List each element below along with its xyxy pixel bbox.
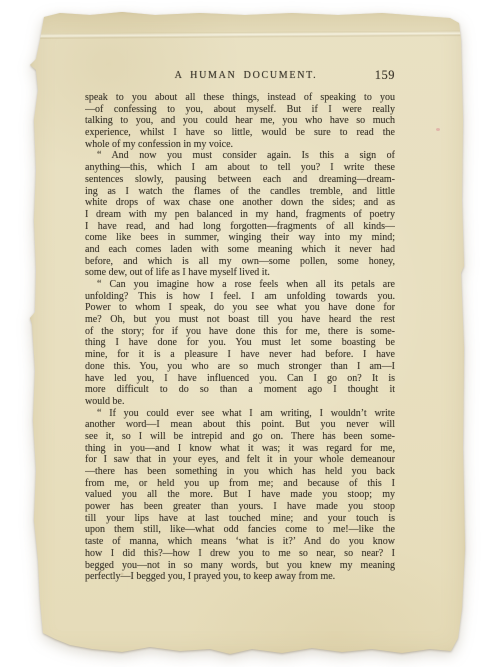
scan-background: A HUMAN DOCUMENT. 159 speak to you about… [0,0,500,667]
text-line: I dream with my pen balanced in my hand,… [85,209,395,221]
text-line: taste of manna, which means ‘what is it?… [85,536,395,548]
text-line: would be. [85,396,395,408]
text-line: valued you all the more. But I have made… [85,489,395,501]
text-line: have led you, I have influenced you. Can… [85,373,395,385]
text-line: —there has been something in you which h… [85,466,395,478]
paper-stain [436,128,440,131]
text-line: ing as I watch the flames of the candles… [85,186,395,198]
paragraph: speak to you about all these things, ins… [85,92,395,150]
text-line: thing in you—and I know what it was; it … [85,443,395,455]
text-line: Power to whom I speak, do you see what y… [85,302,395,314]
text-line: perfectly—I begged you, I prayed you, to… [85,571,395,583]
text-line: sentences slowly, pausing between each a… [85,174,395,186]
text-line: unfolding? This is how I feel. I am unfo… [85,291,395,303]
text-line: I have read, and had long forgotten—frag… [85,221,395,233]
text-line: till your lips have at last touched mine… [85,513,395,525]
text-block: speak to you about all these things, ins… [85,92,395,583]
text-line: of the story; for if you have done this … [85,326,395,338]
text-line: “ Can you imagine how a rose feels when … [85,279,395,291]
text-line: “ If you could ever see what I am writin… [85,408,395,420]
text-line: —of confessing to you, about myself. But… [85,104,395,116]
text-line: experience, whilst I have so little, wou… [85,127,395,139]
text-line: speak to you about all these things, ins… [85,92,395,104]
text-line: upon them still, like—what odd fancies c… [85,524,395,536]
page-number: 159 [375,68,395,83]
text-line: me? Oh, but you must not boast till you … [85,314,395,326]
text-line: mine, for it is a pleasure I have never … [85,349,395,361]
text-line: for I saw that in your eyes, and felt it… [85,454,395,466]
running-title: A HUMAN DOCUMENT. [85,70,395,81]
text-line: power has been greater than yours. I hav… [85,501,395,513]
text-line: from me, or held you up from me; and bec… [85,478,395,490]
text-line: done this. You, you who are so much stro… [85,361,395,373]
text-line: come like bees in summer, winging their … [85,232,395,244]
book-page-wrap: A HUMAN DOCUMENT. 159 speak to you about… [30,12,466,656]
text-line: begged you—not in so many words, but you… [85,560,395,572]
text-line: “ And now you must consider again. Is th… [85,150,395,162]
text-line: thing I have done for you. You must let … [85,337,395,349]
page-header: A HUMAN DOCUMENT. 159 [85,68,395,82]
text-line: how I did this?—how I drew you to me so … [85,548,395,560]
paragraph: “ If you could ever see what I am writin… [85,408,395,583]
paragraph: “ And now you must consider again. Is th… [85,150,395,279]
text-line: more difficult to do so than a moment ag… [85,384,395,396]
book-page: A HUMAN DOCUMENT. 159 speak to you about… [30,12,466,656]
text-line: and each comes laden with some meaning w… [85,244,395,256]
text-line: white drops of wax chase one another dow… [85,197,395,209]
text-line: whole of my confession in my voice. [85,139,395,151]
text-line: another word—I mean about this point. Bu… [85,419,395,431]
text-line: talking to you, and you could hear me, y… [85,115,395,127]
text-line: before, and which is all my own—some pol… [85,256,395,268]
torn-top-strip [30,12,466,33]
text-line: see it, so I will be intrepid and go on.… [85,431,395,443]
text-line: anything—this, which I am about to tell … [85,162,395,174]
text-line: some dew, out of life as I have myself l… [85,267,395,279]
paragraph: “ Can you imagine how a rose feels when … [85,279,395,408]
